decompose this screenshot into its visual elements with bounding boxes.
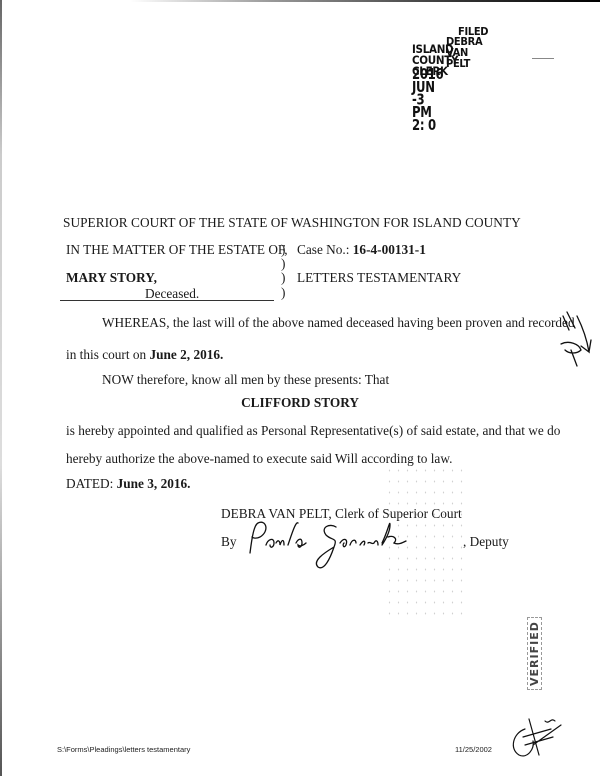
verified-stamp: VERIFIED xyxy=(527,617,542,690)
case-number-label: Case No.: xyxy=(297,242,353,257)
footer-form-date: 11/25/2002 xyxy=(455,745,492,754)
stamp-date: 2016 JUN -3 PM 2: 0 xyxy=(412,69,443,132)
by-label: By xyxy=(221,534,237,550)
stamp-dash xyxy=(532,58,554,59)
dated-label: DATED: xyxy=(66,476,117,491)
recorded-prefix: in this court on xyxy=(66,347,149,362)
scan-edge-top xyxy=(130,0,600,2)
now-therefore-line: NOW therefore, know all men by these pre… xyxy=(102,372,389,388)
document-title: LETTERS TESTAMENTARY xyxy=(297,270,461,286)
footer-file-path: S:\Forms\Pleadings\letters testamentary xyxy=(57,745,190,754)
deputy-signature xyxy=(240,515,460,575)
matter-label: IN THE MATTER OF THE ESTATE OF, xyxy=(66,242,288,258)
caption-rule xyxy=(60,300,274,301)
recorded-date: June 2, 2016. xyxy=(149,347,223,362)
bottom-initials-mark xyxy=(505,715,565,765)
margin-initials-mark xyxy=(555,310,595,370)
whereas-paragraph: WHEREAS, the last will of the above name… xyxy=(102,315,575,331)
caption-paren: ) xyxy=(281,285,285,301)
appointee-name: CLIFFORD STORY xyxy=(0,395,600,411)
caption-paren: ) xyxy=(281,270,285,286)
decedent-name: MARY STORY, xyxy=(66,270,157,286)
court-title: SUPERIOR COURT OF THE STATE OF WASHINGTO… xyxy=(63,215,521,231)
dated-value: June 3, 2016. xyxy=(117,476,191,491)
case-number: Case No.: 16-4-00131-1 xyxy=(297,242,426,258)
case-number-value: 16-4-00131-1 xyxy=(353,242,426,257)
dated-line: DATED: June 3, 2016. xyxy=(66,476,191,492)
deputy-label: , Deputy xyxy=(463,534,509,550)
appointment-line: is hereby appointed and qualified as Per… xyxy=(66,423,560,439)
recorded-line: in this court on June 2, 2016. xyxy=(66,347,223,363)
scan-edge-left xyxy=(0,0,2,776)
